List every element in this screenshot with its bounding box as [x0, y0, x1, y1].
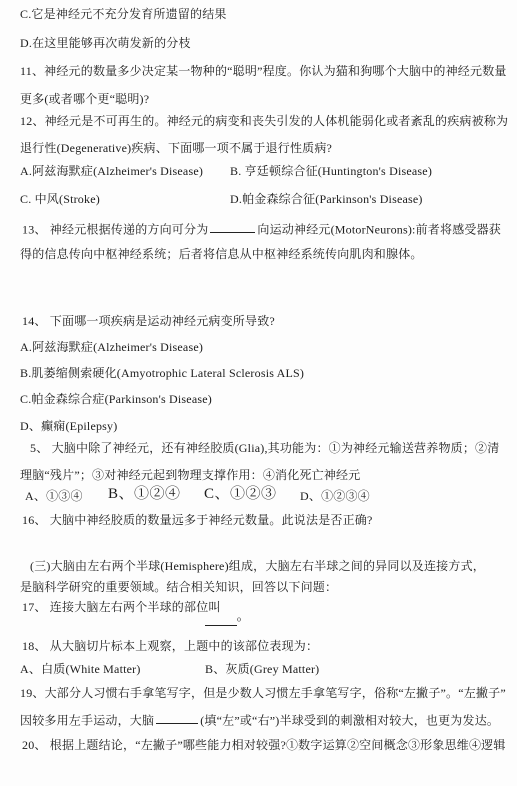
question-15-line-2: 理脑“残片”；③对神经元起到物理支撑作用：④消化死亡神经元 [20, 468, 360, 482]
question-15-option-b: B、①②④ [108, 485, 181, 503]
question-15-option-a: A、①③④ [25, 489, 83, 503]
question-19-line-1: 19、大部分人习惯右手拿笔写字，但是少数人习惯左手拿笔写字，俗称“左撇子”。“左… [20, 686, 506, 700]
question-14-option-a: A.阿兹海默症(Alzheimer's Disease) [20, 340, 203, 354]
q17-answer-blank [205, 614, 237, 626]
question-13-line-2: 得的信息传向中枢神经系统；后者将信息从中枢神经系统传向肌肉和腺体。 [20, 247, 423, 261]
section-3-intro-line-1: (三)大脑由左右两个半球(Hemisphere)组成，大脑左右半球之间的异同以及… [30, 559, 485, 573]
question-15-option-c: C、①②③ [204, 485, 277, 503]
question-19-line-2: 因较多用左手运动，大脑(填“左”或“右”)半球受到的刺激相对较大，也更为发达。 [20, 712, 499, 728]
question-12-option-c: C. 中风(Stroke) [20, 192, 100, 206]
q13-text-after-blank: 向运动神经元(MotorNeurons):前者将感受器获 [257, 222, 501, 236]
prev-question-option-d: D.在这里能够再次萌发新的分枝 [20, 36, 191, 50]
question-18-option-b: B、灰质(Grey Matter) [205, 662, 319, 676]
question-15-option-d: D、①②③④ [300, 489, 370, 503]
document-page: C.它是神经元不充分发育所遗留的结果 D.在这里能够再次萌发新的分枝 11、神经… [0, 0, 517, 786]
q19-answer-blank [156, 712, 198, 724]
question-14-option-d: D、癫痫(Epilepsy) [20, 419, 117, 433]
question-20-stem: 20、 根据上题结论，“左撇子”哪些能力相对较强?①数字运算②空间概念③形象思维… [22, 738, 506, 752]
question-12-option-a: A.阿兹海默症(Alzheimer's Disease) [20, 164, 203, 178]
question-17-answer-blank-line: o [205, 614, 241, 630]
question-18-option-a: A、白质(White Matter) [20, 662, 141, 676]
section-3-intro-line-2: 是脑科学研究的重要领域。结合相关知识，回答以下问题： [20, 580, 337, 594]
question-14-option-b: B.肌萎缩侧索硬化(Amyotrophic Lateral Sclerosis … [20, 366, 304, 380]
question-12-option-d: D.帕金森综合征(Parkinson's Disease) [230, 192, 423, 206]
q17-blank-period-mark: o [237, 614, 241, 623]
q13-answer-blank [210, 221, 255, 233]
question-15-line-1: 5、 大脑中除了神经元，还有神经胶质(Glia),其功能为：①为神经元输送营养物… [30, 441, 499, 455]
question-12-option-b: B. 亨廷顿综合征(Huntington's Disease) [230, 164, 432, 178]
question-16-stem: 16、 大脑中神经胶质的数量远多于神经元数量。此说法是否正确? [22, 513, 373, 527]
question-11-line-1: 11、神经元的数量多少决定某一物种的“聪明”程度。你认为猫和狗哪个大脑中的神经元… [20, 64, 507, 78]
prev-question-option-c: C.它是神经元不充分发育所遗留的结果 [20, 7, 227, 21]
question-13-line-1: 13、 神经元根据传递的方向可分为向运动神经元(MotorNeurons):前者… [22, 221, 501, 237]
question-14-stem: 14、 下面哪一项疾病是运动神经元病变所导致? [22, 314, 275, 328]
question-17-stem: 17、 连接大脑左右两个半球的部位叫 [22, 600, 221, 614]
question-18-stem: 18、 从大脑切片标本上观察，上题中的该部位表现为： [22, 639, 318, 653]
question-14-option-c: C.帕金森综合症(Parkinson's Disease) [20, 392, 212, 406]
question-12-line-1: 12、神经元是不可再生的。神经元的病变和丧失引发的人体机能弱化或者紊乱的疾病被称… [20, 114, 508, 128]
q19-text-before-blank: 因较多用左手运动，大脑 [20, 713, 154, 727]
q19-text-after-blank: (填“左”或“右”)半球受到的刺激相对较大，也更为发达。 [200, 713, 499, 727]
question-11-line-2: 更多(或者哪个更“聪明)? [20, 92, 149, 106]
q13-text-before-blank: 13、 神经元根据传递的方向可分为 [22, 222, 208, 236]
question-12-line-2: 退行性(Degenerative)疾病、下面哪一项不属于退行性质病? [20, 141, 332, 155]
